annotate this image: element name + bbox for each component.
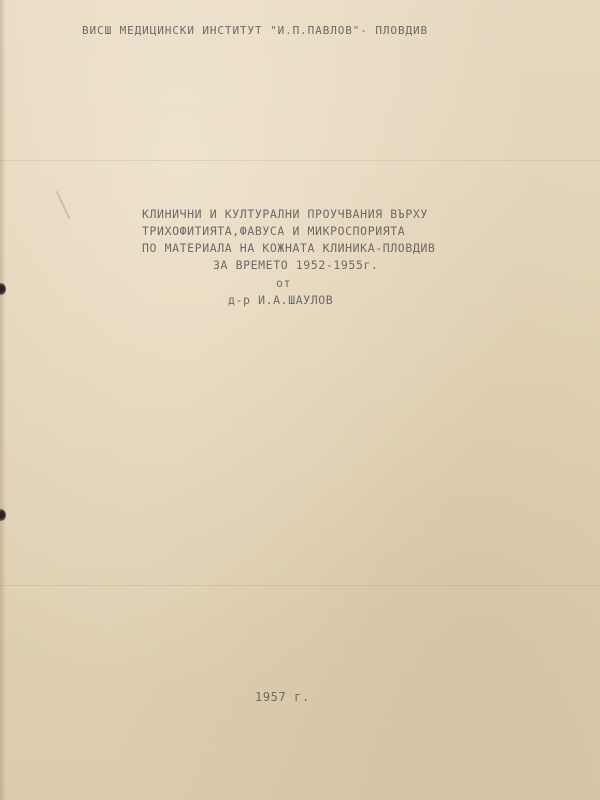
paper-crease <box>56 191 70 219</box>
title-line: ТРИХОФИТИЯТА,ФАВУСА И МИКРОСПОРИЯТА <box>142 224 482 238</box>
title-line: КЛИНИЧНИ И КУЛТУРАЛНИ ПРОУЧВАНИЯ ВЪРХУ <box>142 207 482 221</box>
title-line: ЗА ВРЕМЕТО 1952-1955г. <box>213 258 453 272</box>
paper-fold <box>0 160 600 161</box>
author-name: д-р И.А.ШАУЛОВ <box>228 293 428 307</box>
paper-fold <box>0 585 600 586</box>
by-label: от <box>276 276 336 290</box>
paper-edge <box>0 0 6 800</box>
institution-header: ВИСШ МЕДИЦИНСКИ ИНСТИТУТ "И.П.ПАВЛОВ"- П… <box>82 24 482 37</box>
document-page: ВИСШ МЕДИЦИНСКИ ИНСТИТУТ "И.П.ПАВЛОВ"- П… <box>0 0 600 800</box>
publication-year: 1957 г. <box>255 690 355 704</box>
title-line: ПО МАТЕРИАЛА НА КОЖНАТА КЛИНИКА-ПЛОВДИВ <box>142 241 482 255</box>
